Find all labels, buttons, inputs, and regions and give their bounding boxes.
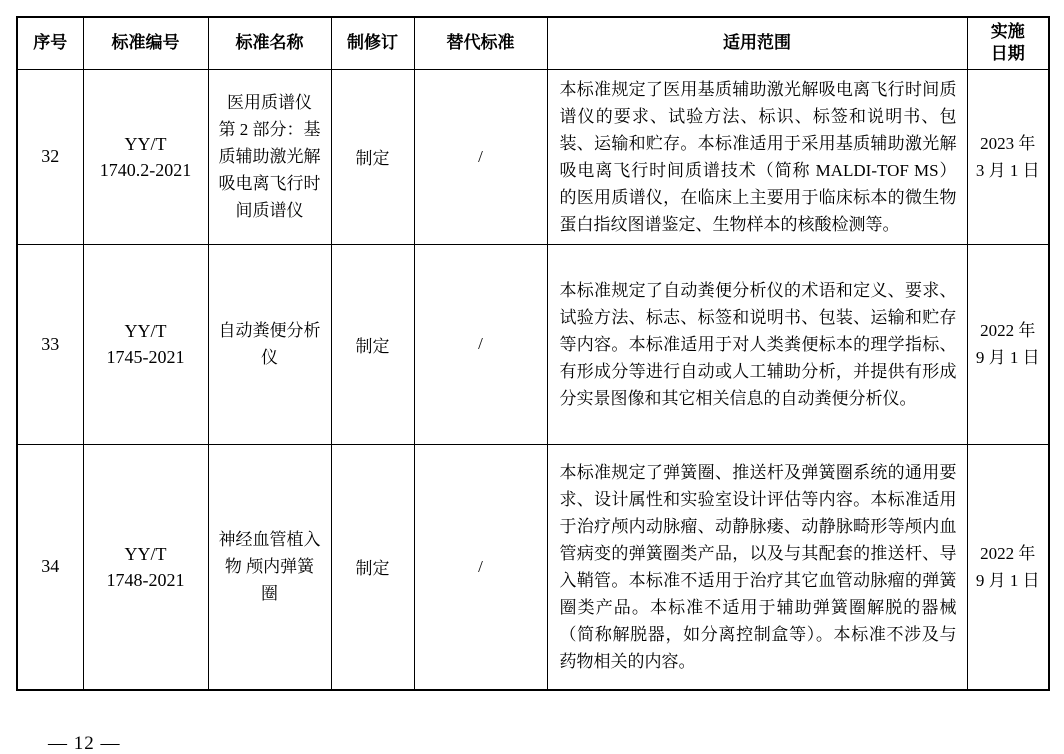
table-row: 34 YY/T 1748-2021 神经血管植入物 颅内弹簧圈 制定 / 本标准… [17,444,1049,690]
implementation-date-cell: 2023 年 3 月 1 日 [967,69,1049,244]
serial-number-cell: 33 [17,244,83,444]
column-header-standard-code: 标准编号 [83,17,208,69]
table-header-row: 序号 标准编号 标准名称 制修订 替代标准 适用范围 实施 日期 [17,17,1049,69]
serial-number-cell: 34 [17,444,83,690]
column-header-standard-name: 标准名称 [208,17,331,69]
document-page: 序号 标准编号 标准名称 制修订 替代标准 适用范围 实施 日期 32 YY/T… [0,0,1064,754]
implementation-date-cell: 2022 年 9 月 1 日 [967,444,1049,690]
replaced-standard-cell: / [414,244,547,444]
standard-name-cell: 自动粪便分析仪 [208,244,331,444]
column-header-scope: 适用范围 [547,17,967,69]
replaced-standard-cell: / [414,69,547,244]
standard-name-cell: 医用质谱仪 第 2 部分：基质辅助激光解吸电离飞行时间质谱仪 [208,69,331,244]
revision-type-cell: 制定 [331,69,414,244]
standard-name-cell: 神经血管植入物 颅内弹簧圈 [208,444,331,690]
column-header-implementation-date: 实施 日期 [967,17,1049,69]
standards-table: 序号 标准编号 标准名称 制修订 替代标准 适用范围 实施 日期 32 YY/T… [16,16,1050,691]
replaced-standard-cell: / [414,444,547,690]
column-header-revision-type: 制修订 [331,17,414,69]
implementation-date-cell: 2022 年 9 月 1 日 [967,244,1049,444]
table-row: 32 YY/T 1740.2-2021 医用质谱仪 第 2 部分：基质辅助激光解… [17,69,1049,244]
scope-cell: 本标准规定了医用基质辅助激光解吸电离飞行时间质谱仪的要求、试验方法、标识、标签和… [547,69,967,244]
revision-type-cell: 制定 [331,444,414,690]
page-number: — 12 — [48,733,1048,754]
standard-code-cell: YY/T 1748-2021 [83,444,208,690]
standard-code-cell: YY/T 1745-2021 [83,244,208,444]
revision-type-cell: 制定 [331,244,414,444]
table-row: 33 YY/T 1745-2021 自动粪便分析仪 制定 / 本标准规定了自动粪… [17,244,1049,444]
column-header-replaced-standard: 替代标准 [414,17,547,69]
column-header-serial-number: 序号 [17,17,83,69]
serial-number-cell: 32 [17,69,83,244]
scope-cell: 本标准规定了自动粪便分析仪的术语和定义、要求、试验方法、标志、标签和说明书、包装… [547,244,967,444]
standard-code-cell: YY/T 1740.2-2021 [83,69,208,244]
scope-cell: 本标准规定了弹簧圈、推送杆及弹簧圈系统的通用要求、设计属性和实验室设计评估等内容… [547,444,967,690]
